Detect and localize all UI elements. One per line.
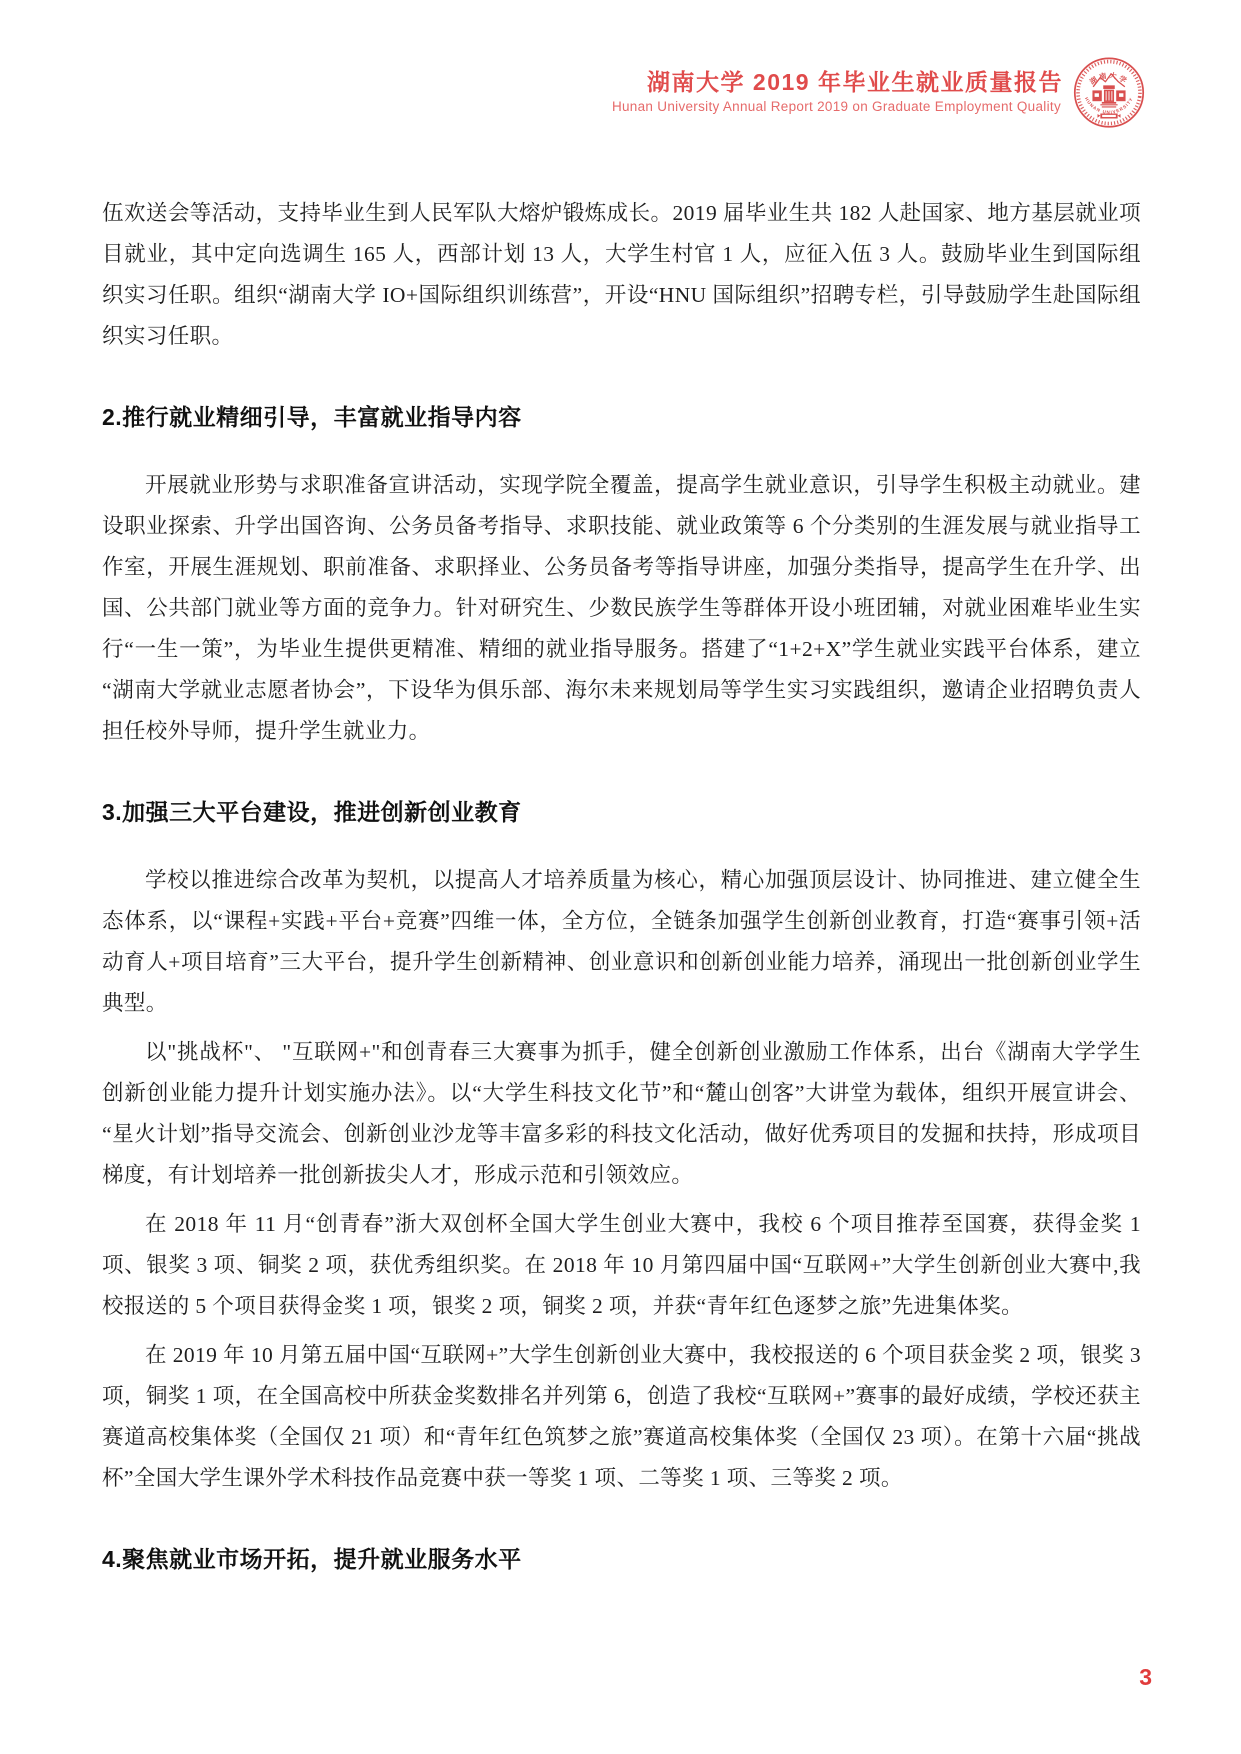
report-subtitle: Hunan University Annual Report 2019 on G… [612,99,1061,114]
seal-top-text: 湖南大学 [1088,71,1130,87]
section-heading-2: 2.推行就业精细引导，丰富就业指导内容 [102,401,1141,433]
section-heading-4: 4.聚焦就业市场开拓，提升就业服务水平 [102,1543,1141,1575]
document-body: 伍欢送会等活动，支持毕业生到人民军队大熔炉锻炼成长。2019 届毕业生共 182… [102,193,1141,1607]
section-heading-3: 3.加强三大平台建设，推进创新创业教育 [102,796,1141,828]
body-paragraph: 在 2018 年 11 月“创青春”浙大双创杯全国大学生创业大赛中，我校 6 个… [102,1204,1141,1327]
report-title: 湖南大学 2019 年毕业生就业质量报告 [647,64,1063,97]
svg-text:湖南大学: 湖南大学 [1088,71,1130,87]
hunan-university-seal-icon: 湖南大学 HUNAN UNIVERSITY [1073,56,1145,132]
body-paragraph: 学校以推进综合改革为契机，以提高人才培养质量为核心，精心加强顶层设计、协同推进、… [102,860,1141,1024]
report-page: 湖南大学 2019 年毕业生就业质量报告 Hunan University An… [0,0,1241,1754]
body-paragraph: 伍欢送会等活动，支持毕业生到人民军队大熔炉锻炼成长。2019 届毕业生共 182… [102,193,1141,357]
body-paragraph: 以"挑战杯"、 "互联网+"和创青春三大赛事为抓手，健全创新创业激励工作体系，出… [102,1032,1141,1196]
body-paragraph: 开展就业形势与求职准备宣讲活动，实现学院全覆盖，提高学生就业意识，引导学生积极主… [102,465,1141,752]
page-number: 3 [1139,1664,1152,1691]
body-paragraph: 在 2019 年 10 月第五届中国“互联网+”大学生创新创业大赛中，我校报送的… [102,1335,1141,1499]
